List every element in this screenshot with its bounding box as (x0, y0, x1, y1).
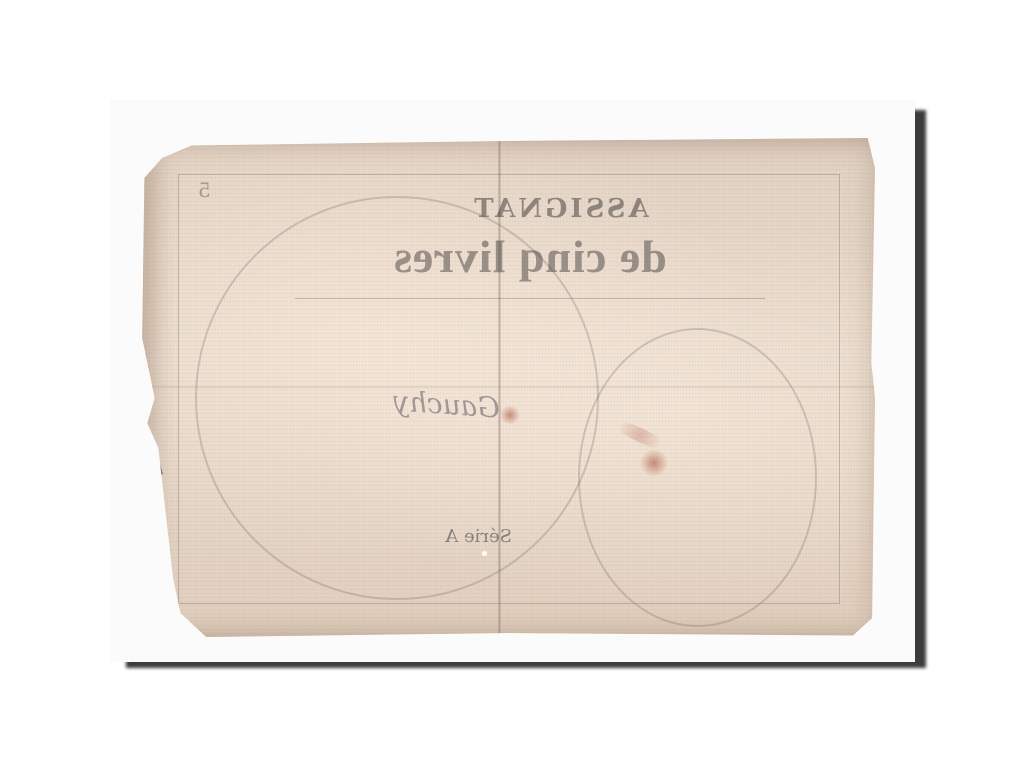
banknote-photo: 5 ASSIGNAT de cinq livres Gauchy Série A (140, 138, 875, 638)
aged-edge-shading (140, 138, 875, 638)
